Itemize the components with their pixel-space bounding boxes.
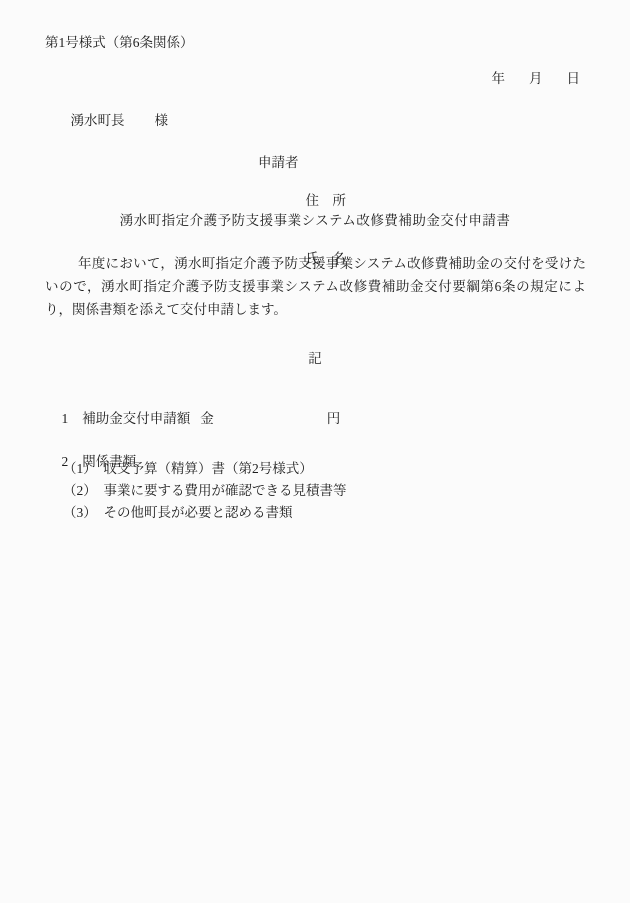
date-month-label: 月 (529, 71, 543, 86)
body-paragraph: 年度において，湧水町指定介護予防支援事業システム改修費補助金の交付を受けたいので… (45, 252, 586, 321)
related-doc-item-3: （3） その他町長が必要と認める書類 (63, 501, 293, 521)
addressee-name: 湧水町長 (71, 113, 125, 128)
amount-prefix: 金 (200, 411, 214, 426)
amount-item-label: 補助金交付申請額 (82, 411, 190, 426)
amount-item-number: 1 (62, 411, 69, 427)
ki-heading: 記 (0, 349, 630, 368)
date-year-label: 年 (492, 71, 506, 86)
document-page: 第1号様式（第6条関係） 年月日 湧水町長様 申請者 住 所 氏 名 湧水町指定… (0, 0, 630, 903)
document-title: 湧水町指定介護予防支援事業システム改修費補助金交付申請書 (0, 211, 630, 230)
related-doc-item-2: （2） 事業に要する費用が確認できる見積書等 (63, 479, 347, 499)
applicant-address-label: 住 所 (306, 191, 347, 211)
date-day-label: 日 (567, 71, 581, 86)
related-doc-item-1: （1） 収支予算（精算）書（第2号様式） (63, 457, 313, 477)
addressee-honorific: 様 (155, 113, 169, 128)
amount-suffix: 円 (327, 411, 341, 426)
addressee-line: 湧水町長様 (57, 92, 168, 149)
